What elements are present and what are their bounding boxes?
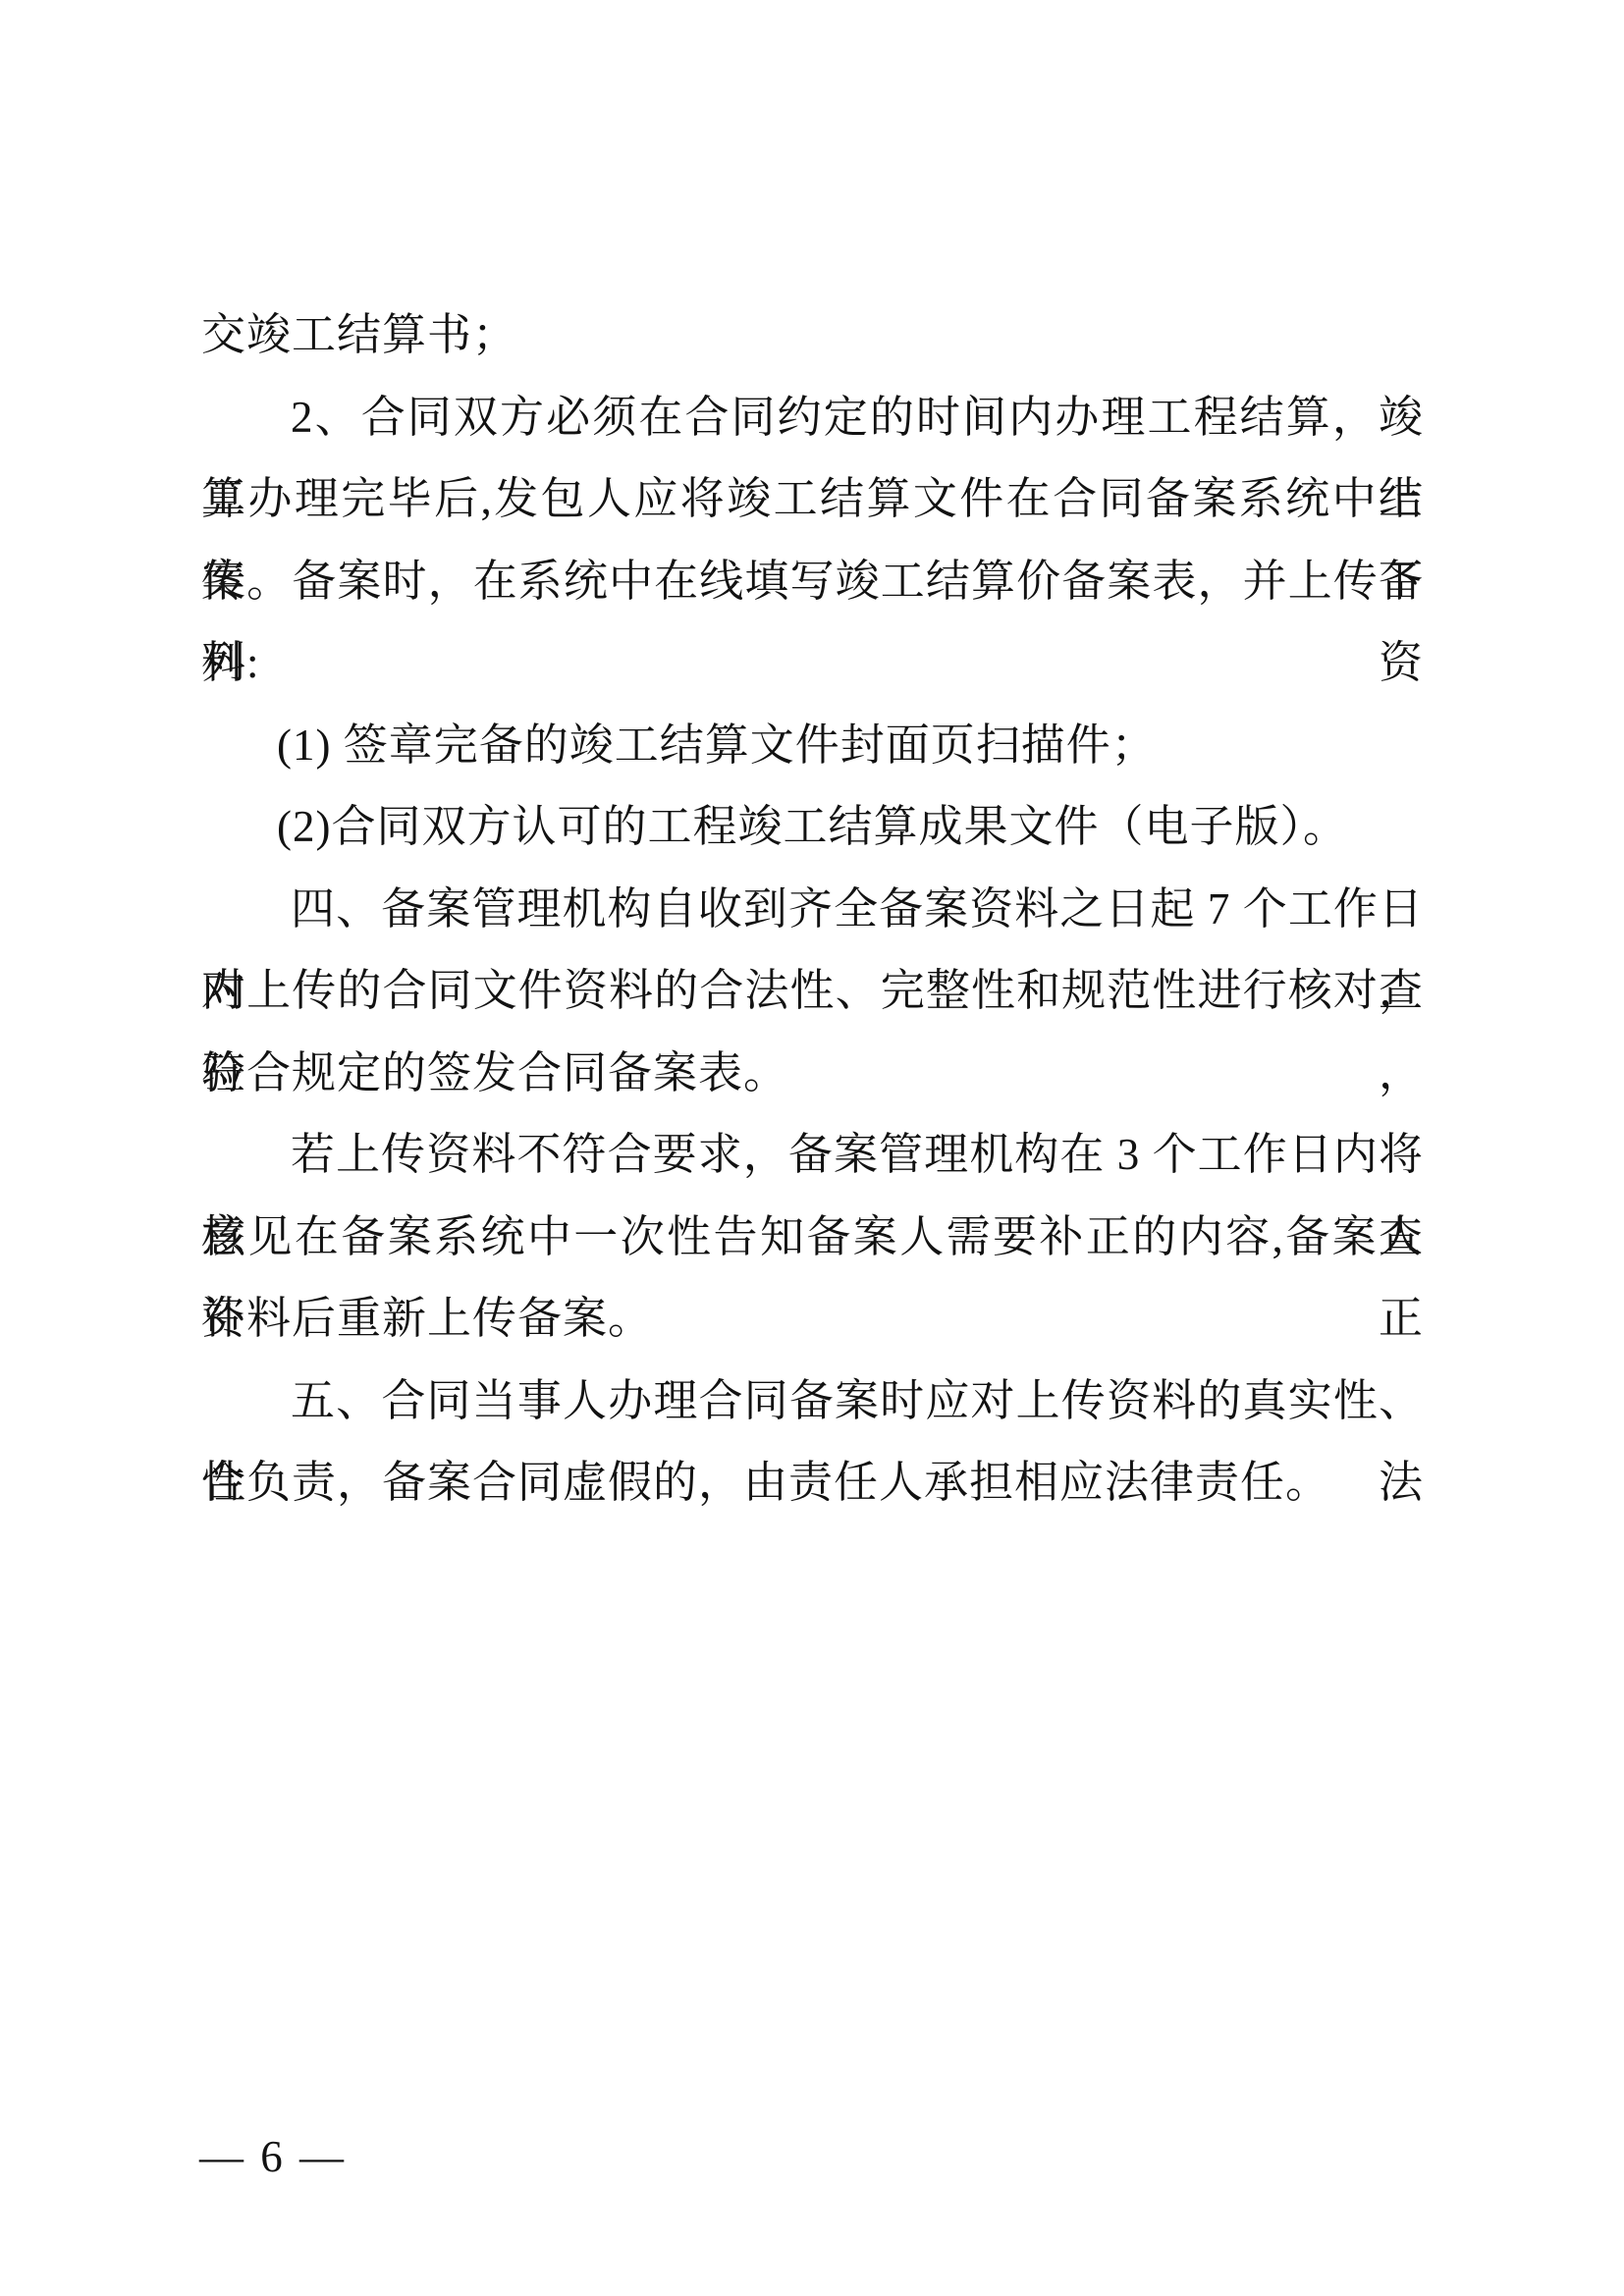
- document-page: 交竣工结算书； 2、合同双方必须在合同约定的时间内办理工程结算，竣工结 算办理完…: [0, 0, 1624, 2296]
- text-line-list-item: (1) 签章完备的竣工结算文件封面页扫描件；: [201, 705, 1424, 787]
- text-line: 五、合同当事人办理合同备案时应对上传资料的真实性、合法: [201, 1361, 1424, 1443]
- page-number: — 6 —: [199, 2127, 347, 2186]
- text-line: 案。备案时，在系统中在线填写竣工结算价备案表，并上传下列资: [201, 541, 1424, 623]
- text-line-list-item: (2)合同双方认可的工程竣工结算成果文件（电子版）。: [201, 786, 1424, 869]
- document-body: 交竣工结算书； 2、合同双方必须在合同约定的时间内办理工程结算，竣工结 算办理完…: [201, 294, 1424, 1524]
- text-line: 意见在备案系统中一次性告知备案人需要补正的内容,备案人补正: [201, 1197, 1424, 1279]
- text-line: 交竣工结算书；: [201, 294, 1424, 377]
- text-line: 四、备案管理机构自收到齐全备案资料之日起 7 个工作日内，: [201, 869, 1424, 951]
- text-line: 若上传资料不符合要求，备案管理机构在 3 个工作日内将核查: [201, 1114, 1424, 1197]
- text-line: 2、合同双方必须在合同约定的时间内办理工程结算，竣工结: [201, 377, 1424, 459]
- text-line: 性负责，备案合同虚假的，由责任人承担相应法律责任。: [201, 1442, 1424, 1524]
- text-line: 算办理完毕后,发包人应将竣工结算文件在合同备案系统中上传备: [201, 458, 1424, 541]
- text-line: 对上传的合同文件资料的合法性、完整性和规范性进行核对查验，: [201, 950, 1424, 1033]
